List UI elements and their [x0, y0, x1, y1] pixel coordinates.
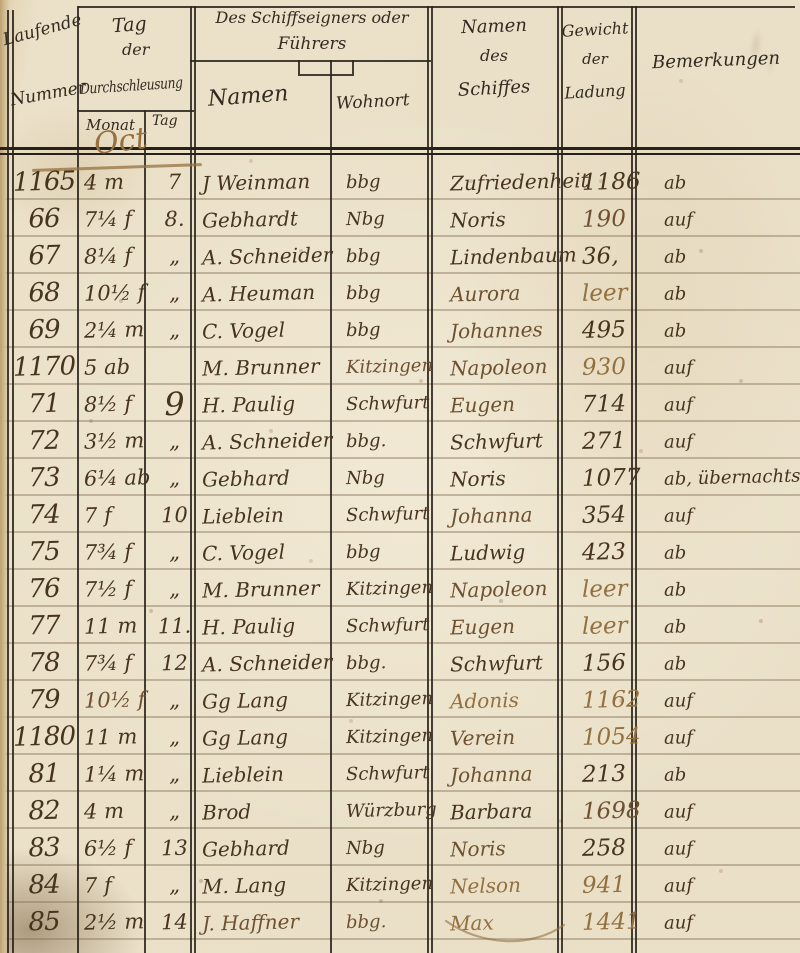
cell-running-number: 83 — [10, 832, 79, 864]
header-weight-line2: der — [558, 50, 632, 68]
cell-day: 11. — [151, 613, 199, 638]
cell-cargo-weight: 495 — [580, 316, 657, 344]
cell-hour: 8½ f — [78, 391, 152, 417]
cell-hour: 7¾ f — [78, 650, 152, 676]
cell-captain-name: A. Schneider — [198, 427, 343, 455]
header-tag: Tag — [111, 13, 147, 37]
cell-hour: 6¼ ab — [78, 465, 152, 491]
table-row: 852½ m14J. Haffnerbbg.Max1441auf — [10, 903, 792, 940]
cell-captain-name: Lieblein — [198, 501, 343, 529]
table-row: 118011 m„Gg LangKitzingenVerein1054auf — [10, 718, 792, 755]
cell-day: „ — [151, 428, 199, 453]
cell-residence: Schwfurt — [342, 392, 442, 415]
month-note: Oct — [92, 121, 149, 162]
cell-captain-name: Brod — [198, 797, 343, 825]
cell-cargo-weight: 714 — [580, 390, 657, 418]
cell-hour: 10½ f — [78, 280, 152, 306]
cell-captain-name: M. Brunner — [198, 575, 343, 603]
cell-cargo-weight: 354 — [580, 501, 657, 529]
cell-remark: auf — [656, 724, 800, 749]
cell-day: 8. — [151, 206, 199, 231]
cell-ship-name: Verein — [442, 723, 581, 750]
cell-captain-name: C. Vogel — [198, 316, 343, 344]
cell-cargo-weight: leer — [580, 612, 657, 640]
cell-cargo-weight: leer — [580, 279, 657, 307]
cell-residence: Nbg — [342, 207, 442, 230]
cell-residence: bbg. — [342, 910, 442, 933]
header-weight-line3: Ladung — [558, 80, 633, 103]
cell-captain-name: Gebhard — [198, 464, 343, 492]
cell-day: „ — [151, 465, 199, 490]
cell-captain-name: A. Schneider — [198, 649, 343, 677]
cell-remark: auf — [656, 206, 800, 231]
cell-running-number: 78 — [10, 647, 79, 679]
cell-ship-name: Noris — [442, 464, 581, 491]
cell-hour: 3½ m — [78, 428, 152, 454]
cell-cargo-weight: 1162 — [580, 686, 657, 714]
cell-ship-name: Zufriedenheit — [442, 168, 581, 195]
cell-remark: auf — [656, 354, 800, 379]
cell-day: „ — [151, 872, 199, 897]
cell-hour: 2¼ m — [78, 317, 152, 343]
table-row: 7711 m11.H. PauligSchwfurtEugenleerab — [10, 607, 792, 644]
cell-day: 13 — [151, 835, 199, 860]
table-row: 757¾ f„C. VogelbbgLudwig423ab — [10, 533, 792, 570]
cell-day: „ — [151, 243, 199, 268]
table-row: 736¼ ab„GebhardNbgNoris1077ab, übernacht… — [10, 459, 792, 496]
cell-cargo-weight: 1698 — [580, 797, 657, 825]
cell-residence: Kitzingen — [342, 355, 442, 378]
cell-residence: Nbg — [342, 836, 442, 859]
cell-running-number: 76 — [10, 573, 79, 605]
cell-remark: ab — [656, 650, 800, 675]
ledger-page: Laufende Nummer Tag der Durchschleusung … — [0, 0, 800, 953]
cell-ship-name: Johanna — [442, 760, 581, 787]
cell-day: 14 — [151, 909, 199, 934]
cell-hour: 5 ab — [78, 354, 152, 380]
cell-captain-name: H. Paulig — [198, 390, 343, 418]
cell-day: 9 — [151, 384, 199, 423]
cell-captain-name: C. Vogel — [198, 538, 343, 566]
table-row: 787¾ f12A. Schneiderbbg.Schwfurt156ab — [10, 644, 792, 681]
cell-cargo-weight: 156 — [580, 649, 657, 677]
cell-ship-name: Aurora — [442, 279, 581, 306]
cell-hour: 7¾ f — [78, 539, 152, 565]
cell-remark: auf — [656, 502, 800, 527]
table-row: 767½ f„M. BrunnerKitzingenNapoleonleerab — [10, 570, 792, 607]
table-row: 836½ f13GebhardNbgNoris258auf — [10, 829, 792, 866]
cell-day: 7 — [151, 169, 199, 194]
table-row: 678¼ f„A. SchneiderbbgLindenbaum36,ab — [10, 237, 792, 274]
cell-residence: Kitzingen — [342, 577, 442, 600]
header-nummer: Nummer — [9, 78, 88, 111]
cell-cargo-weight: leer — [580, 575, 657, 603]
cell-day: 12 — [151, 650, 199, 675]
cell-cargo-weight: 930 — [580, 353, 657, 381]
cell-ship-name: Max — [442, 908, 581, 935]
cell-hour: 11 m — [78, 724, 152, 750]
cell-running-number: 84 — [10, 869, 79, 901]
cell-remark: auf — [656, 798, 800, 823]
header-owner-line2: Führers — [196, 34, 428, 54]
cell-cargo-weight: 36, — [580, 242, 657, 270]
cell-residence: bbg — [342, 540, 442, 563]
cell-day: „ — [151, 280, 199, 305]
cell-remark: ab — [656, 169, 800, 194]
cell-running-number: 68 — [10, 277, 79, 309]
cell-ship-name: Schwfurt — [442, 427, 581, 454]
table-row: 6810½ f„A. HeumanbbgAuroraleerab — [10, 274, 792, 311]
cell-residence: bbg. — [342, 651, 442, 674]
cell-day: „ — [151, 317, 199, 342]
table-border-left-outer — [7, 10, 9, 953]
cell-remark: auf — [656, 872, 800, 897]
table-row: 7910½ f„Gg LangKitzingenAdonis1162auf — [10, 681, 792, 718]
cell-residence: Schwfurt — [342, 762, 442, 785]
cell-residence: Würzburg — [342, 799, 442, 822]
table-rows: 11654 m7J WeinmanbbgZufriedenheit1186ab6… — [10, 163, 792, 940]
cell-hour: 7 f — [78, 872, 152, 898]
cell-remark: ab — [656, 613, 800, 638]
cell-residence: Kitzingen — [342, 873, 442, 896]
cell-residence: bbg — [342, 318, 442, 341]
cell-hour: 4 m — [78, 169, 152, 195]
table-row: 11654 m7J WeinmanbbgZufriedenheit1186ab — [10, 163, 792, 200]
cell-ship-name: Barbara — [442, 797, 581, 824]
cell-hour: 1¼ m — [78, 761, 152, 787]
cell-ship-name: Noris — [442, 834, 581, 861]
cell-cargo-weight: 1441 — [580, 908, 657, 936]
table-row: 847 f„M. LangKitzingenNelson941auf — [10, 866, 792, 903]
cell-hour: 8¼ f — [78, 243, 152, 269]
cell-ship-name: Noris — [442, 205, 581, 232]
cell-running-number: 74 — [10, 499, 79, 531]
cell-ship-name: Lindenbaum — [442, 242, 581, 269]
header-ship-line1: Namen — [432, 14, 557, 39]
cell-running-number: 67 — [10, 240, 79, 272]
cell-ship-name: Eugen — [442, 612, 581, 639]
header-mini-box — [298, 60, 354, 76]
cell-residence: Nbg — [342, 466, 442, 489]
cell-running-number: 69 — [10, 314, 79, 346]
cell-captain-name: Gebhardt — [198, 205, 343, 233]
cell-day — [151, 366, 198, 367]
cell-ship-name: Napoleon — [442, 575, 581, 602]
cell-cargo-weight: 190 — [580, 205, 657, 233]
table-row: 747 f10LiebleinSchwfurtJohanna354auf — [10, 496, 792, 533]
table-row: 11705 abM. BrunnerKitzingenNapoleon930au… — [10, 348, 792, 385]
monat-tag-subheader-line — [77, 110, 194, 112]
cell-captain-name: Gg Lang — [198, 723, 343, 751]
cell-day: „ — [151, 798, 199, 823]
cell-remark: ab — [656, 317, 800, 342]
cell-remark: auf — [656, 428, 800, 453]
cell-day: 10 — [151, 502, 199, 527]
cell-running-number: 79 — [10, 684, 79, 716]
cell-running-number: 71 — [10, 388, 79, 420]
cell-residence: bbg — [342, 170, 442, 193]
cell-remark: ab — [656, 243, 800, 268]
cell-running-number: 1165 — [10, 166, 79, 198]
table-row: 667¼ f8.GebhardtNbgNoris190auf — [10, 200, 792, 237]
cell-running-number: 77 — [10, 610, 79, 642]
cell-remark: auf — [656, 391, 800, 416]
cell-cargo-weight: 1186 — [580, 168, 657, 196]
header-owner-line1: Des Schiffseigners oder — [196, 8, 428, 27]
header-bemerkungen: Bemerkungen — [652, 48, 781, 73]
table-row: 723½ m„A. Schneiderbbg.Schwfurt271auf — [10, 422, 792, 459]
cell-cargo-weight: 271 — [580, 427, 657, 455]
paper-speckles — [0, 0, 2, 2]
cell-day: „ — [151, 539, 199, 564]
table-row: 811¼ m„LiebleinSchwfurtJohanna213ab — [10, 755, 792, 792]
cell-ship-name: Schwfurt — [442, 649, 581, 676]
cell-residence: bbg — [342, 244, 442, 267]
cell-running-number: 82 — [10, 795, 79, 827]
cell-running-number: 72 — [10, 425, 79, 457]
cell-day: „ — [151, 687, 199, 712]
cell-running-number: 85 — [10, 906, 79, 938]
cell-day: „ — [151, 576, 199, 601]
cell-cargo-weight: 423 — [580, 538, 657, 566]
cell-ship-name: Eugen — [442, 390, 581, 417]
cell-residence: bbg — [342, 281, 442, 304]
cell-cargo-weight: 213 — [580, 760, 657, 788]
cell-residence: Schwfurt — [342, 503, 442, 526]
table-row: 692¼ m„C. VogelbbgJohannes495ab — [10, 311, 792, 348]
cell-day: „ — [151, 724, 199, 749]
cell-day: „ — [151, 761, 199, 786]
cell-remark: ab, übernachts. — [656, 465, 800, 490]
header-weight-line1: Gewicht — [558, 18, 633, 41]
cell-captain-name: J Weinman — [198, 168, 343, 196]
cell-remark: ab — [656, 280, 800, 305]
cell-ship-name: Johanna — [442, 501, 581, 528]
cell-residence: Kitzingen — [342, 688, 442, 711]
cell-captain-name: M. Lang — [198, 871, 343, 899]
cell-ship-name: Nelson — [442, 871, 581, 898]
header-durchschleusung: Durchschleusung — [80, 73, 183, 98]
subheader-namen: Namen — [207, 81, 289, 112]
cell-ship-name: Johannes — [442, 316, 581, 343]
table-row: 824 m„BrodWürzburgBarbara1698auf — [10, 792, 792, 829]
cell-captain-name: J. Haffner — [198, 908, 343, 936]
cell-residence: Kitzingen — [342, 725, 442, 748]
cell-running-number: 81 — [10, 758, 79, 790]
subheader-wohnort: Wohnort — [336, 90, 411, 114]
cell-captain-name: Gg Lang — [198, 686, 343, 714]
cell-ship-name: Ludwig — [442, 538, 581, 565]
cell-captain-name: M. Brunner — [198, 353, 343, 381]
cell-hour: 6½ f — [78, 835, 152, 861]
cell-hour: 11 m — [78, 613, 152, 639]
cell-running-number: 1170 — [10, 351, 79, 383]
cell-residence: Schwfurt — [342, 614, 442, 637]
cell-hour: 10½ f — [78, 687, 152, 713]
cell-running-number: 66 — [10, 203, 79, 235]
header-der: der — [122, 40, 149, 59]
cell-running-number: 1180 — [10, 721, 79, 753]
cell-remark: ab — [656, 761, 800, 786]
cell-hour: 7 f — [78, 502, 152, 528]
table-row: 718½ f9H. PauligSchwfurtEugen714auf — [10, 385, 792, 422]
cell-remark: ab — [656, 539, 800, 564]
cell-ship-name: Napoleon — [442, 353, 581, 380]
cell-hour: 2½ m — [78, 909, 152, 935]
cell-remark: auf — [656, 687, 800, 712]
cell-captain-name: Lieblein — [198, 760, 343, 788]
cell-cargo-weight: 258 — [580, 834, 657, 862]
cell-cargo-weight: 1054 — [580, 723, 657, 751]
header-ship-line3: Schiffes — [432, 75, 557, 102]
cell-remark: ab — [656, 576, 800, 601]
cell-hour: 7½ f — [78, 576, 152, 602]
cell-remark: auf — [656, 835, 800, 860]
cell-remark: auf — [656, 909, 800, 934]
cell-residence: bbg. — [342, 429, 442, 452]
table-border-top — [78, 6, 795, 8]
cell-captain-name: H. Paulig — [198, 612, 343, 640]
cell-captain-name: Gebhard — [198, 834, 343, 862]
cell-hour: 7¼ f — [78, 206, 152, 232]
subheader-tag: Tag — [152, 113, 178, 129]
cell-captain-name: A. Heuman — [198, 279, 343, 307]
cell-cargo-weight: 941 — [580, 871, 657, 899]
cell-running-number: 73 — [10, 462, 79, 494]
cell-ship-name: Adonis — [442, 686, 581, 713]
cell-cargo-weight: 1077 — [580, 464, 657, 492]
header-ship-line2: des — [432, 46, 556, 65]
cell-captain-name: A. Schneider — [198, 242, 343, 270]
cell-running-number: 75 — [10, 536, 79, 568]
cell-hour: 4 m — [78, 798, 152, 824]
